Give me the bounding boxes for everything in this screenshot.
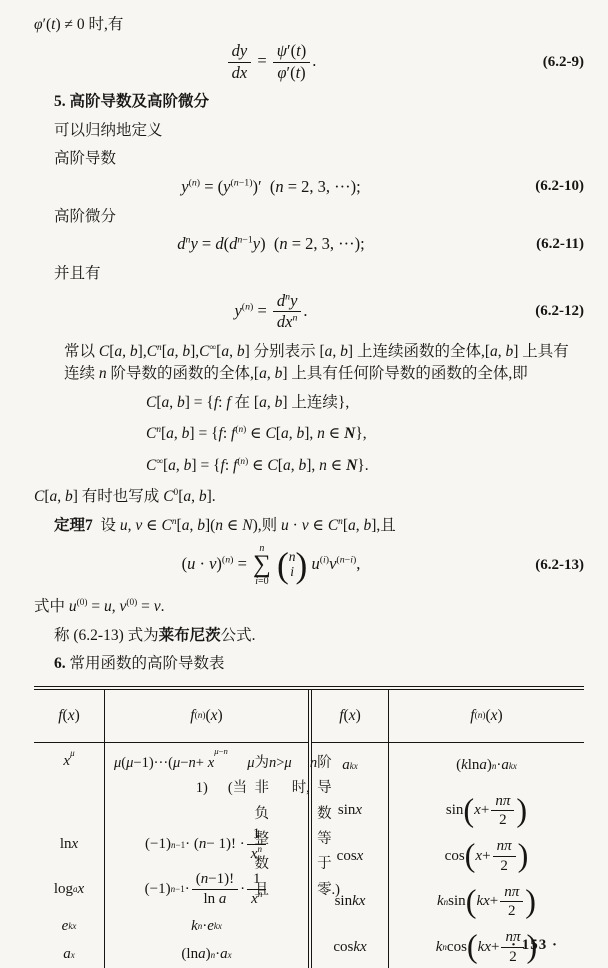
where-u0-v0-line: 式中 u(0) = u, v(0) = v. <box>34 596 584 618</box>
equation-6-2-9-body: dydx = ψ′(t)φ′(t). <box>34 42 508 82</box>
higher-derivative-label: 高阶导数 <box>34 148 584 170</box>
equation-6-2-12-tag: (6.2-12) <box>508 303 584 320</box>
section-5-title: 高阶导数及高阶微分 <box>70 93 210 110</box>
equation-6-2-13-body: (u · v)(n) = n∑i=0 (ni) u(i)v(n−i), <box>34 543 508 588</box>
equation-6-2-9-tag: (6.2-9) <box>508 54 584 71</box>
section-6-number: 6. <box>54 655 66 672</box>
scanned-textbook-page: φ′(t) ≠ 0 时,有 dydx = ψ′(t)φ′(t). (6.2-9)… <box>0 0 608 968</box>
and-have-label: 并且有 <box>34 263 584 285</box>
set-definition-cn: Cn[a, b] = {f: f(n) ∈ C[a, b], n ∈ N}, <box>146 423 584 445</box>
cell-fn-cos-x: cos(x + nπ2) <box>389 834 584 879</box>
equation-6-2-13-tag: (6.2-13) <box>508 557 584 574</box>
equation-6-2-9: dydx = ψ′(t)φ′(t). (6.2-9) <box>34 42 584 82</box>
table-header-row-left: f(x) f(n)(x) <box>34 690 308 743</box>
cell-f-ln-x: ln x <box>34 823 105 866</box>
section-5-number: 5. <box>54 93 66 110</box>
cell-fn-a-kx: (k ln a)n · akx <box>389 743 584 788</box>
equation-6-2-13: (u · v)(n) = n∑i=0 (ni) u(i)v(n−i), (6.2… <box>34 543 584 588</box>
equation-6-2-10-body: y(n) = (y(n−1))′ (n = 2, 3, ···); <box>34 177 508 197</box>
equation-6-2-10: y(n) = (y(n−1))′ (n = 2, 3, ···); (6.2-1… <box>34 177 584 197</box>
table-right-half: f(x) f(n)(x) akx (k ln a)n · akx sin x s… <box>308 690 584 968</box>
higher-differential-label: 高阶微分 <box>34 206 584 228</box>
equation-6-2-11-body: dny = d(dn−1y) (n = 2, 3, ···); <box>34 234 508 254</box>
table-row-a-x: ax (ln a)n · ax <box>34 939 308 968</box>
table-left-half: f(x) f(n)(x) xμ μ(μ−1)···(μ−n + 1)xμ−n(当… <box>34 690 308 968</box>
intro-condition-line: φ′(t) ≠ 0 时,有 <box>34 14 584 36</box>
equation-6-2-12: y(n) = dnydxn. (6.2-12) <box>34 292 584 332</box>
section-5-heading: 5. 高阶导数及高阶微分 <box>34 91 584 113</box>
leibniz-formula-line: 称 (6.2-13) 式为莱布尼茨公式. <box>34 625 584 647</box>
c0-notation-line: C[a, b] 有时也写成 C0[a, b]. <box>34 486 584 508</box>
cell-f-a-x: ax <box>34 939 105 968</box>
theorem-7-statement: 设 u, v ∈ Cn[a, b](n ∈ N),则 u · v ∈ Cn[a,… <box>101 517 396 534</box>
header-fx-left: f(x) <box>34 690 105 742</box>
section-6-title: 常用函数的高阶导数表 <box>70 655 225 672</box>
table-row-sin-x: sin x sin(x + nπ2) <box>312 788 584 833</box>
cell-f-sin-x: sin x <box>312 788 389 833</box>
header-fx-right: f(x) <box>312 690 389 742</box>
cell-fn-sin-x: sin(x + nπ2) <box>389 788 584 833</box>
theorem-7-line: 定理7 设 u, v ∈ Cn[a, b](n ∈ N),则 u · v ∈ C… <box>34 515 584 537</box>
table-header-row-right: f(x) f(n)(x) <box>312 690 584 743</box>
equation-6-2-10-tag: (6.2-10) <box>508 178 584 195</box>
table-row-sin-kx: sin kx kn sin(kx + nπ2) <box>312 879 584 924</box>
cell-f-sin-kx: sin kx <box>312 879 389 924</box>
cell-fn-e-kx: kn · ekx <box>105 913 308 939</box>
table-row-cos-x: cos x cos(x + nπ2) <box>312 834 584 879</box>
cell-f-log-a-x: loga x <box>34 866 105 913</box>
table-row-e-kx: ekx kn · ekx <box>34 913 308 939</box>
header-fnx-left: f(n)(x) <box>105 690 308 742</box>
set-definitions: C[a, b] = {f: f 在 [a, b] 上连续}, Cn[a, b] … <box>146 392 584 477</box>
page-number: · 153 · <box>511 937 558 954</box>
cell-f-a-kx: akx <box>312 743 389 788</box>
table-row-x-mu: xμ μ(μ−1)···(μ−n + 1)xμ−n(当 μ 为非负整数且 n >… <box>34 743 308 823</box>
table-row-log-a-x: loga x (−1)n−1 · (n−1)!ln a · 1xn <box>34 866 308 913</box>
table-row-a-kx: akx (k ln a)n · akx <box>312 743 584 788</box>
theorem-7-label: 定理7 <box>54 517 93 534</box>
set-definition-c: C[a, b] = {f: f 在 [a, b] 上连续}, <box>146 392 584 414</box>
set-definition-cinf: C∞[a, b] = {f: f(n) ∈ C[a, b], n ∈ N}. <box>146 455 584 477</box>
equation-6-2-11-tag: (6.2-11) <box>508 236 584 253</box>
cell-f-e-kx: ekx <box>34 913 105 939</box>
cell-f-cos-x: cos x <box>312 834 389 879</box>
section-6-heading: 6. 常用函数的高阶导数表 <box>34 653 584 675</box>
equation-6-2-12-body: y(n) = dnydxn. <box>34 292 508 332</box>
equation-6-2-11: dny = d(dn−1y) (n = 2, 3, ···); (6.2-11) <box>34 234 584 254</box>
cell-f-x-mu: xμ <box>34 743 105 823</box>
cell-fn-ln-x: (−1)n−1 · (n − 1)! · 1xn <box>105 823 308 866</box>
table-row-ln-x: ln x (−1)n−1 · (n − 1)! · 1xn <box>34 823 308 866</box>
cell-fn-a-x: (ln a)n · ax <box>105 939 308 968</box>
higher-derivative-table: f(x) f(n)(x) xμ μ(μ−1)···(μ−n + 1)xμ−n(当… <box>34 686 584 968</box>
header-fnx-right: f(n)(x) <box>389 690 584 742</box>
inductive-definition-line: 可以归纳地定义 <box>34 120 584 142</box>
continuous-classes-paragraph: 常以 C[a, b],Cn[a, b],C∞[a, b] 分别表示 [a, b]… <box>34 341 584 386</box>
cell-fn-log-a-x: (−1)n−1 · (n−1)!ln a · 1xn <box>105 866 308 913</box>
cell-f-cos-kx: cos kx <box>312 925 389 968</box>
cell-fn-sin-kx: kn sin(kx + nπ2) <box>389 879 584 924</box>
